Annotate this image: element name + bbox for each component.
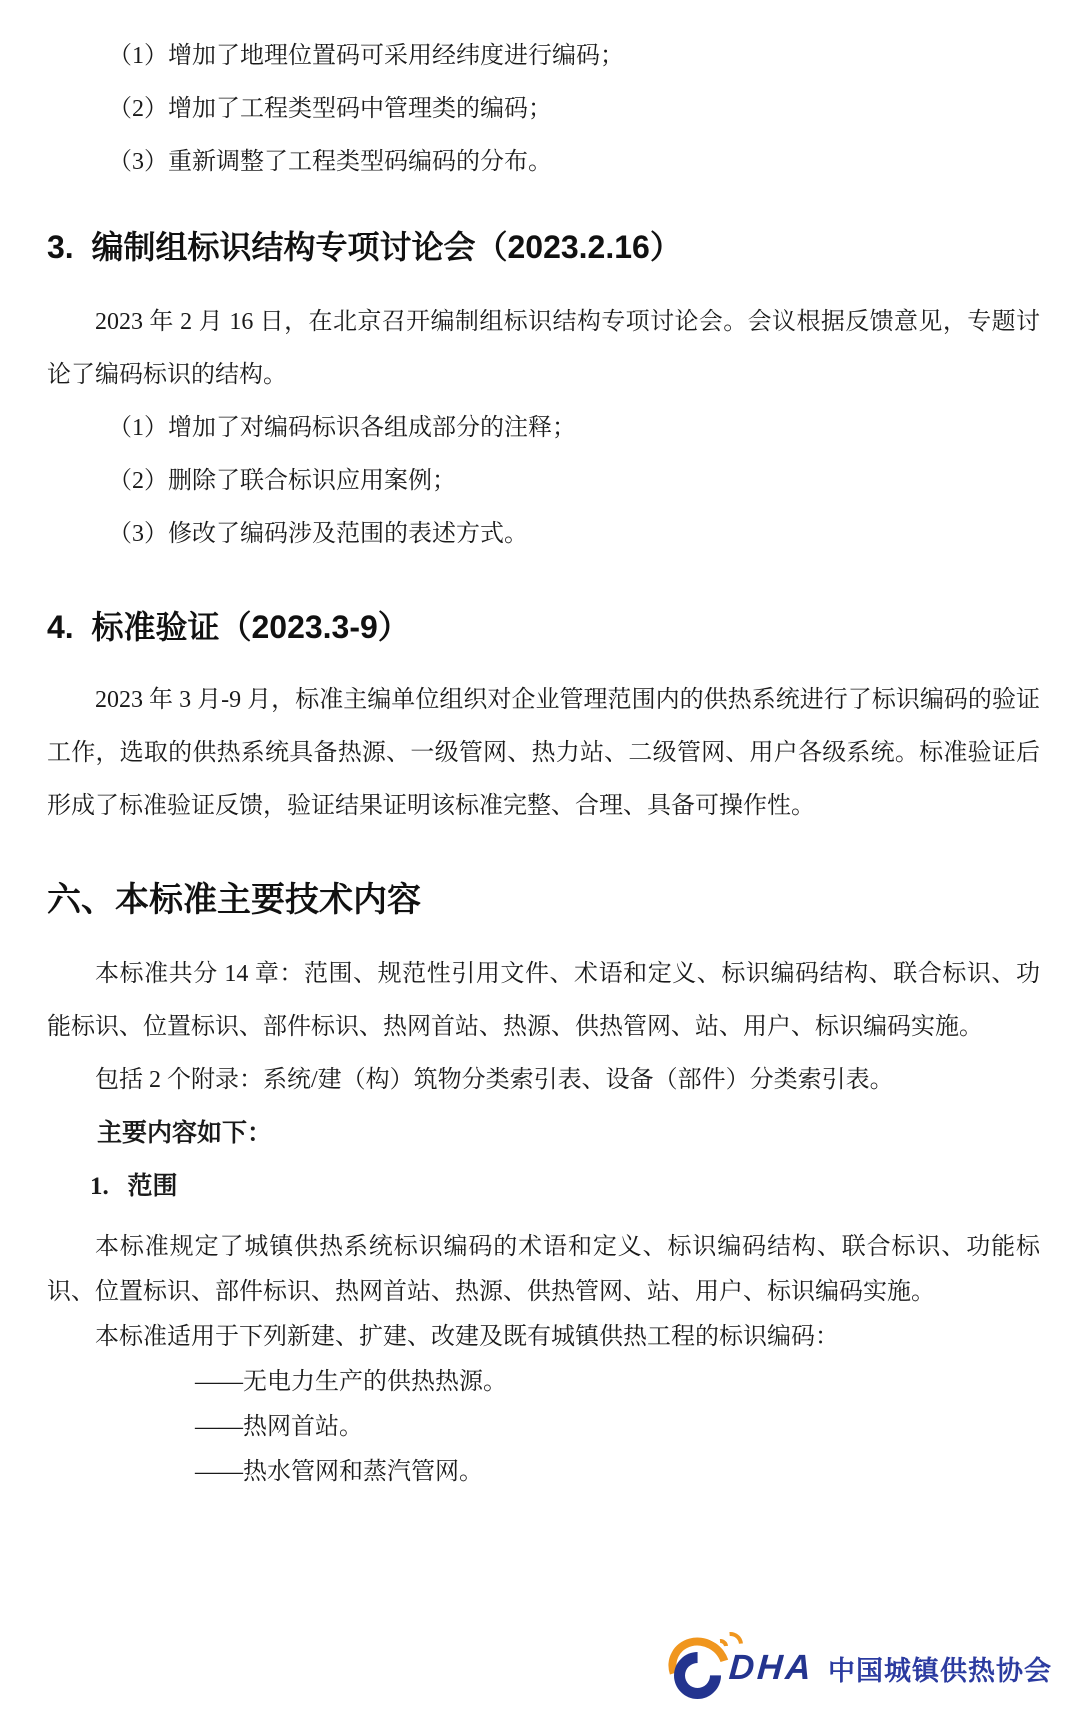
- section-3-list: （1）增加了对编码标识各组成部分的注释； （2）删除了联合标识应用案例； （3）…: [47, 402, 1040, 561]
- association-logo: DHA 中国城镇供热协会: [671, 1634, 1052, 1702]
- document-page: （1）增加了地理位置码可采用经纬度进行编码； （2）增加了工程类型码中管理类的编…: [0, 0, 1080, 1712]
- dha-crescent-icon: [671, 1635, 737, 1701]
- revision-list-intro: （1）增加了地理位置码可采用经纬度进行编码； （2）增加了工程类型码中管理类的编…: [47, 30, 1040, 189]
- section-6-heading: 六、本标准主要技术内容: [47, 877, 1040, 923]
- dash-item: ——无电力生产的供热热源。: [47, 1360, 1040, 1405]
- logo-org-name: 中国城镇供热协会: [828, 1649, 1052, 1688]
- list-item: （3）重新调整了工程类型码编码的分布。: [47, 136, 1040, 189]
- dash-item: ——热网首站。: [47, 1405, 1040, 1450]
- chapters-paragraph: 本标准共分 14 章：范围、规范性引用文件、术语和定义、标识编码结构、联合标识、…: [47, 948, 1040, 1054]
- list-item: （2）增加了工程类型码中管理类的编码；: [47, 83, 1040, 136]
- list-item: （1）增加了对编码标识各组成部分的注释；: [47, 402, 1040, 455]
- document-content: （1）增加了地理位置码可采用经纬度进行编码； （2）增加了工程类型码中管理类的编…: [0, 0, 1080, 1495]
- section-3-paragraph: 2023 年 2 月 16 日，在北京召开编制组标识结构专项讨论会。会议根据反馈…: [47, 296, 1040, 402]
- scope-paragraph: 本标准规定了城镇供热系统标识编码的术语和定义、标识编码结构、联合标识、功能标识、…: [47, 1225, 1040, 1315]
- list-item: （2）删除了联合标识应用案例；: [47, 455, 1040, 508]
- main-content-label: 主要内容如下：: [47, 1107, 1040, 1160]
- applicability-dash-list: ——无电力生产的供热热源。 ——热网首站。 ——热水管网和蒸汽管网。: [47, 1360, 1040, 1495]
- dash-item: ——热水管网和蒸汽管网。: [47, 1450, 1040, 1495]
- appendix-paragraph: 包括 2 个附录：系统/建（构）筑物分类索引表、设备（部件）分类索引表。: [47, 1054, 1040, 1107]
- section-4-paragraph: 2023 年 3 月-9 月，标准主编单位组织对企业管理范围内的供热系统进行了标…: [47, 674, 1040, 833]
- scope-subheading: 1. 范围: [47, 1160, 1040, 1213]
- logo-abbr: DHA: [728, 1648, 816, 1688]
- list-item: （3）修改了编码涉及范围的表述方式。: [47, 508, 1040, 561]
- section-4-heading: 4. 标准验证（2023.3-9）: [47, 605, 1040, 649]
- list-item: （1）增加了地理位置码可采用经纬度进行编码；: [47, 30, 1040, 83]
- applicability-paragraph: 本标准适用于下列新建、扩建、改建及既有城镇供热工程的标识编码：: [47, 1315, 1040, 1360]
- section-3-heading: 3. 编制组标识结构专项讨论会（2023.2.16）: [47, 225, 1040, 269]
